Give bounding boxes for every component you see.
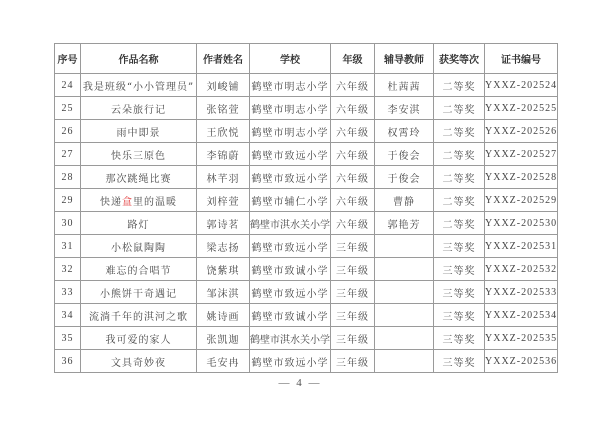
cell-title: 我是班级“小小管理员” [81, 74, 197, 97]
cell-title: 我可爱的家人 [81, 327, 197, 350]
cell-grade: 六年级 [331, 74, 375, 97]
cell-award: 二等奖 [434, 120, 485, 143]
cell-award: 三等奖 [434, 327, 485, 350]
cell-cert: YXXZ-202535 [485, 327, 558, 350]
cell-author: 林芊羽 [197, 166, 250, 189]
cell-award: 三等奖 [434, 281, 485, 304]
cell-cert: YXXZ-202532 [485, 258, 558, 281]
table-row: 28 那次跳绳比赛 林芊羽 鹤壁市致远小学 六年级 于俊会 二等奖 YXXZ-2… [55, 166, 558, 189]
cell-author: 饶紫琪 [197, 258, 250, 281]
cell-title: 文具奇妙夜 [81, 350, 197, 373]
table-row: 24 我是班级“小小管理员” 刘峻铺 鹤壁市明志小学 六年级 杜茜茜 二等奖 Y… [55, 74, 558, 97]
cell-no: 26 [55, 120, 81, 143]
cell-cert: YXXZ-202531 [485, 235, 558, 258]
cell-teacher [375, 304, 434, 327]
page-number: — 4 — [0, 377, 600, 389]
table-row: 27 快乐三原色 李锦蔚 鹤壁市致远小学 六年级 于俊会 二等奖 YXXZ-20… [55, 143, 558, 166]
cell-author: 梁志扬 [197, 235, 250, 258]
cell-teacher: 郭艳芳 [375, 212, 434, 235]
cell-grade: 三年级 [331, 235, 375, 258]
table-row: 36 文具奇妙夜 毛安冉 鹤壁市致远小学 三年级 三等奖 YXXZ-202536 [55, 350, 558, 373]
cell-grade: 三年级 [331, 350, 375, 373]
cell-cert: YXXZ-202536 [485, 350, 558, 373]
cell-award: 二等奖 [434, 97, 485, 120]
cell-school: 鹤壁市致远小学 [250, 235, 331, 258]
cell-title: 路灯 [81, 212, 197, 235]
cell-grade: 六年级 [331, 97, 375, 120]
cell-cert: YXXZ-202534 [485, 304, 558, 327]
cell-no: 31 [55, 235, 81, 258]
cell-teacher [375, 235, 434, 258]
table-row: 29 快递盒里的温暖 刘梓萱 鹤壁市辅仁小学 六年级 曹静 二等奖 YXXZ-2… [55, 189, 558, 212]
cell-school: 鹤壁市明志小学 [250, 74, 331, 97]
cell-no: 30 [55, 212, 81, 235]
cell-teacher: 杜茜茜 [375, 74, 434, 97]
header-award: 获奖等次 [434, 44, 485, 74]
cell-no: 29 [55, 189, 81, 212]
cell-school: 鹤壁市致远小学 [250, 143, 331, 166]
cell-author: 刘梓萱 [197, 189, 250, 212]
table-row: 35 我可爱的家人 张凯迦 鹤壁市淇水关小学 三年级 三等奖 YXXZ-2025… [55, 327, 558, 350]
cell-grade: 六年级 [331, 166, 375, 189]
cell-title: 难忘的合唱节 [81, 258, 197, 281]
title-part: 快递 [100, 197, 122, 208]
cell-title: 小松鼠陶陶 [81, 235, 197, 258]
cell-author: 李锦蔚 [197, 143, 250, 166]
cell-author: 张凯迦 [197, 327, 250, 350]
cell-title: 雨中即景 [81, 120, 197, 143]
cell-no: 25 [55, 97, 81, 120]
header-grade: 年级 [331, 44, 375, 74]
cell-teacher [375, 350, 434, 373]
table-row: 26 雨中即景 王欣悦 鹤壁市明志小学 六年级 权霄玲 二等奖 YXXZ-202… [55, 120, 558, 143]
cell-award: 三等奖 [434, 350, 485, 373]
header-school: 学校 [250, 44, 331, 74]
title-part: 里的温暖 [133, 197, 177, 208]
cell-teacher [375, 327, 434, 350]
cell-title: 快递盒里的温暖 [81, 189, 197, 212]
cell-school: 鹤壁市致远小学 [250, 350, 331, 373]
cell-author: 张铭萱 [197, 97, 250, 120]
cell-grade: 六年级 [331, 120, 375, 143]
title-highlight: 盒 [122, 197, 133, 208]
cell-grade: 三年级 [331, 304, 375, 327]
cell-award: 二等奖 [434, 189, 485, 212]
header-author: 作者姓名 [197, 44, 250, 74]
cell-teacher: 于俊会 [375, 166, 434, 189]
cell-cert: YXXZ-202530 [485, 212, 558, 235]
cell-school: 鹤壁市淇水关小学 [250, 327, 331, 350]
table-row: 25 云朵旅行记 张铭萱 鹤壁市明志小学 六年级 李安淇 二等奖 YXXZ-20… [55, 97, 558, 120]
cell-no: 24 [55, 74, 81, 97]
cell-teacher: 李安淇 [375, 97, 434, 120]
table-row: 34 流淌千年的淇河之歌 姚诗画 鹤壁市致诚小学 三年级 三等奖 YXXZ-20… [55, 304, 558, 327]
cell-award: 三等奖 [434, 258, 485, 281]
cell-author: 姚诗画 [197, 304, 250, 327]
cell-school: 鹤壁市辅仁小学 [250, 189, 331, 212]
awards-table: 序号 作品名称 作者姓名 学校 年级 辅导教师 获奖等次 证书编号 24 我是班… [54, 43, 558, 373]
cell-no: 35 [55, 327, 81, 350]
header-teacher: 辅导教师 [375, 44, 434, 74]
cell-cert: YXXZ-202528 [485, 166, 558, 189]
cell-cert: YXXZ-202524 [485, 74, 558, 97]
cell-author: 邹沫淇 [197, 281, 250, 304]
cell-author: 毛安冉 [197, 350, 250, 373]
cell-school: 鹤壁市明志小学 [250, 97, 331, 120]
cell-award: 二等奖 [434, 166, 485, 189]
cell-school: 鹤壁市致诚小学 [250, 258, 331, 281]
cell-grade: 三年级 [331, 327, 375, 350]
header-title: 作品名称 [81, 44, 197, 74]
table-header-row: 序号 作品名称 作者姓名 学校 年级 辅导教师 获奖等次 证书编号 [55, 44, 558, 74]
cell-school: 鹤壁市致远小学 [250, 166, 331, 189]
cell-cert: YXXZ-202526 [485, 120, 558, 143]
cell-no: 34 [55, 304, 81, 327]
cell-school: 鹤壁市致远小学 [250, 281, 331, 304]
cell-author: 王欣悦 [197, 120, 250, 143]
cell-grade: 六年级 [331, 189, 375, 212]
cell-award: 二等奖 [434, 212, 485, 235]
cell-cert: YXXZ-202525 [485, 97, 558, 120]
cell-no: 36 [55, 350, 81, 373]
cell-school: 鹤壁市明志小学 [250, 120, 331, 143]
cell-title: 云朵旅行记 [81, 97, 197, 120]
cell-school: 鹤壁市致诚小学 [250, 304, 331, 327]
cell-no: 27 [55, 143, 81, 166]
cell-no: 28 [55, 166, 81, 189]
cell-no: 32 [55, 258, 81, 281]
cell-grade: 三年级 [331, 258, 375, 281]
table-row: 33 小熊饼干奇遇记 邹沫淇 鹤壁市致远小学 三年级 三等奖 YXXZ-2025… [55, 281, 558, 304]
cell-award: 三等奖 [434, 235, 485, 258]
cell-teacher: 于俊会 [375, 143, 434, 166]
cell-grade: 三年级 [331, 281, 375, 304]
cell-title: 流淌千年的淇河之歌 [81, 304, 197, 327]
cell-school: 鹤壁市淇水关小学 [250, 212, 331, 235]
table-row: 31 小松鼠陶陶 梁志扬 鹤壁市致远小学 三年级 三等奖 YXXZ-202531 [55, 235, 558, 258]
cell-award: 二等奖 [434, 143, 485, 166]
cell-teacher [375, 258, 434, 281]
cell-title: 那次跳绳比赛 [81, 166, 197, 189]
cell-author: 郭诗茗 [197, 212, 250, 235]
cell-award: 三等奖 [434, 304, 485, 327]
cell-title: 小熊饼干奇遇记 [81, 281, 197, 304]
cell-author: 刘峻铺 [197, 74, 250, 97]
cell-cert: YXXZ-202529 [485, 189, 558, 212]
table-row: 32 难忘的合唱节 饶紫琪 鹤壁市致诚小学 三年级 三等奖 YXXZ-20253… [55, 258, 558, 281]
header-cert: 证书编号 [485, 44, 558, 74]
cell-award: 二等奖 [434, 74, 485, 97]
cell-cert: YXXZ-202533 [485, 281, 558, 304]
cell-teacher: 权霄玲 [375, 120, 434, 143]
cell-cert: YXXZ-202527 [485, 143, 558, 166]
cell-grade: 六年级 [331, 143, 375, 166]
cell-no: 33 [55, 281, 81, 304]
cell-teacher [375, 281, 434, 304]
cell-grade: 六年级 [331, 212, 375, 235]
table-row: 30 路灯 郭诗茗 鹤壁市淇水关小学 六年级 郭艳芳 二等奖 YXXZ-2025… [55, 212, 558, 235]
cell-teacher: 曹静 [375, 189, 434, 212]
header-no: 序号 [55, 44, 81, 74]
cell-title: 快乐三原色 [81, 143, 197, 166]
